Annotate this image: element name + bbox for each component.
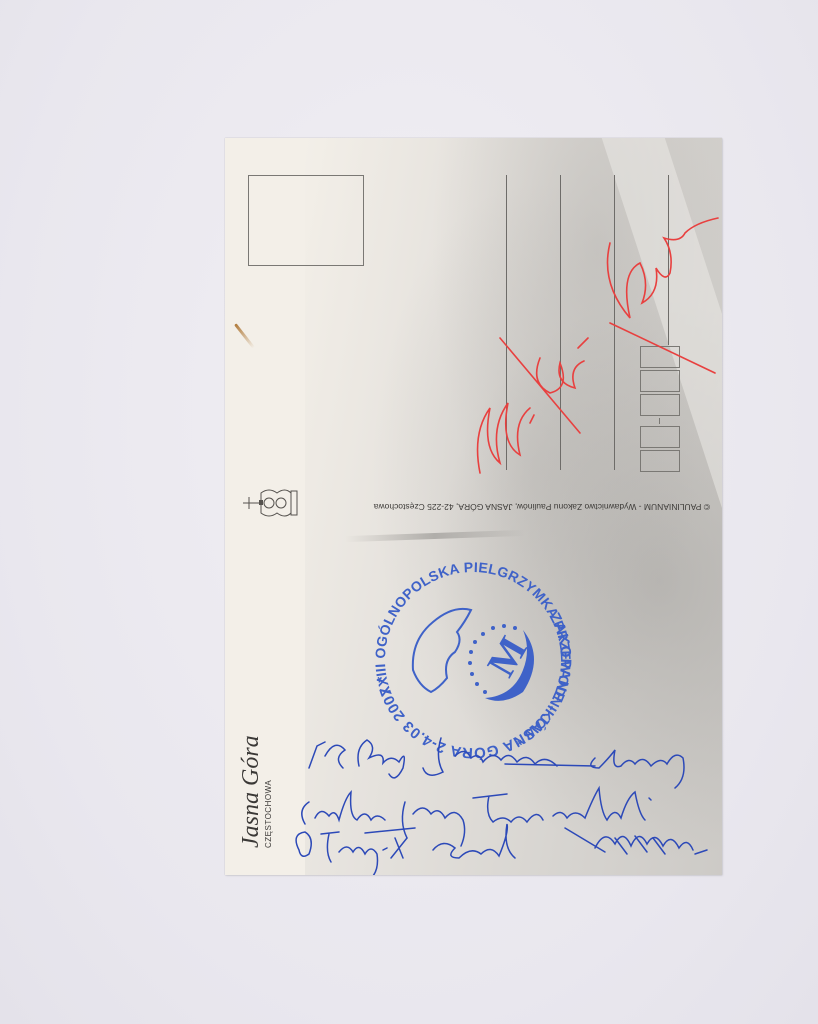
- postcard: © PAULINIANUM - Wydawnictwo Zakonu Pauli…: [225, 138, 722, 875]
- red-handwritten-address: Ks. Józef Madej: [460, 183, 720, 483]
- postcard-title: Jasna Góra: [239, 648, 263, 848]
- tatra-map-outline-icon: [413, 609, 471, 692]
- postcard-title-block: Jasna Góra CZĘSTOCHOWA: [239, 648, 279, 848]
- photo-tower-silhouette: [345, 530, 525, 542]
- blue-handwritten-note: Ks. Prof. Józefowi odeszły codziennie pa…: [295, 728, 722, 875]
- pauline-order-crest-icon: [239, 483, 303, 523]
- publisher-imprint: © PAULINIANUM - Wydawnictwo Zakonu Pauli…: [310, 502, 710, 512]
- stamp-placement-box: [248, 175, 364, 266]
- stain-mark: [234, 323, 255, 348]
- postcard-subtitle: CZĘSTOCHOWA: [264, 648, 273, 848]
